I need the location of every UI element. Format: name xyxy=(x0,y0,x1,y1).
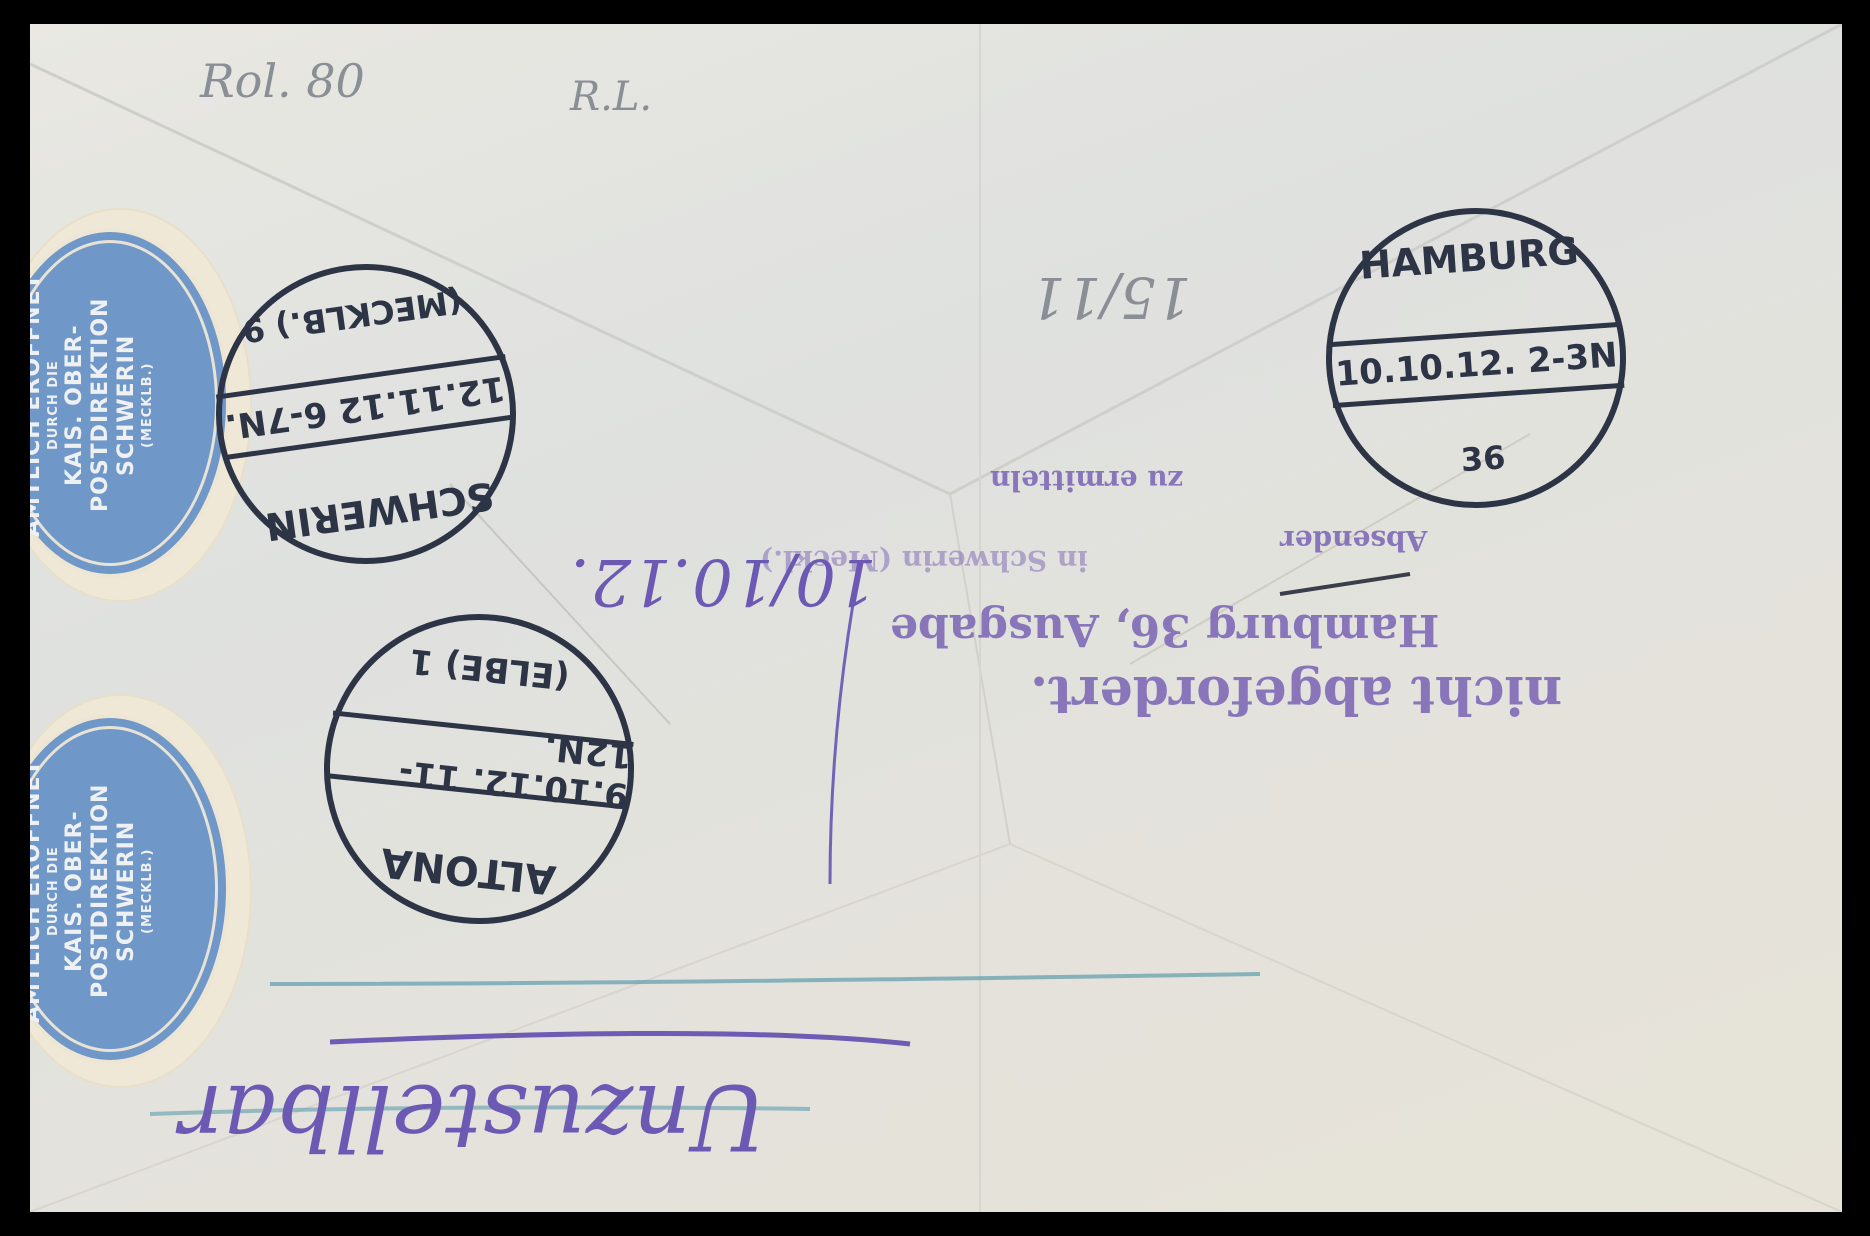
cachet-line: nicht abgefordert. xyxy=(1030,664,1562,725)
postmark-date: 12.11.12 6-7N. xyxy=(216,354,514,460)
seal-text: SCHWERIN xyxy=(114,270,140,540)
postmark-date: 10.10.12. 2-3N xyxy=(1329,322,1625,408)
resealing-label-bottom: AMTLICH ERÖFFNET DURCH DIE KAIS. OBER- P… xyxy=(30,696,260,1086)
photo-frame: AMTLICH ERÖFFNET DURCH DIE KAIS. OBER- P… xyxy=(0,0,1870,1236)
pencil-note: 15/11 xyxy=(1030,264,1191,329)
pencil-note: Rol. 80 xyxy=(200,54,365,108)
seal-text: AMTLICH ERÖFFNET xyxy=(20,756,46,1026)
seal-text: SCHWERIN xyxy=(114,756,140,1026)
cachet-line: zu ermitteln xyxy=(990,464,1184,497)
cachet-line: Hamburg 36, Ausgabe xyxy=(890,604,1439,655)
pencil-note: R.L. xyxy=(570,74,652,120)
seal-text: (MECKLB.) xyxy=(140,756,156,1026)
postmark-hamburg: HAMBURG 10.10.12. 2-3N 36 xyxy=(1316,198,1636,518)
seal-text: AMTLICH ERÖFFNET xyxy=(20,270,46,540)
envelope-back: AMTLICH ERÖFFNET DURCH DIE KAIS. OBER- P… xyxy=(30,24,1842,1212)
seal-text: DURCH DIE xyxy=(46,270,62,540)
manuscript-date: 10/10.12. xyxy=(570,544,877,618)
seal-text: POSTDIREKTION xyxy=(88,756,114,1026)
postmark-date: 9.10.12. 11-12N. xyxy=(326,710,633,809)
seal-text: (MECKLB.) xyxy=(140,270,156,540)
seal-text: DURCH DIE xyxy=(46,756,62,1026)
cachet-line: Absender xyxy=(1280,524,1427,557)
seal-text: KAIS. OBER- xyxy=(62,270,88,540)
manuscript-note: Unzustellbar xyxy=(180,1064,767,1169)
seal-text: KAIS. OBER- xyxy=(62,756,88,1026)
seal-text: POSTDIREKTION xyxy=(88,270,114,540)
